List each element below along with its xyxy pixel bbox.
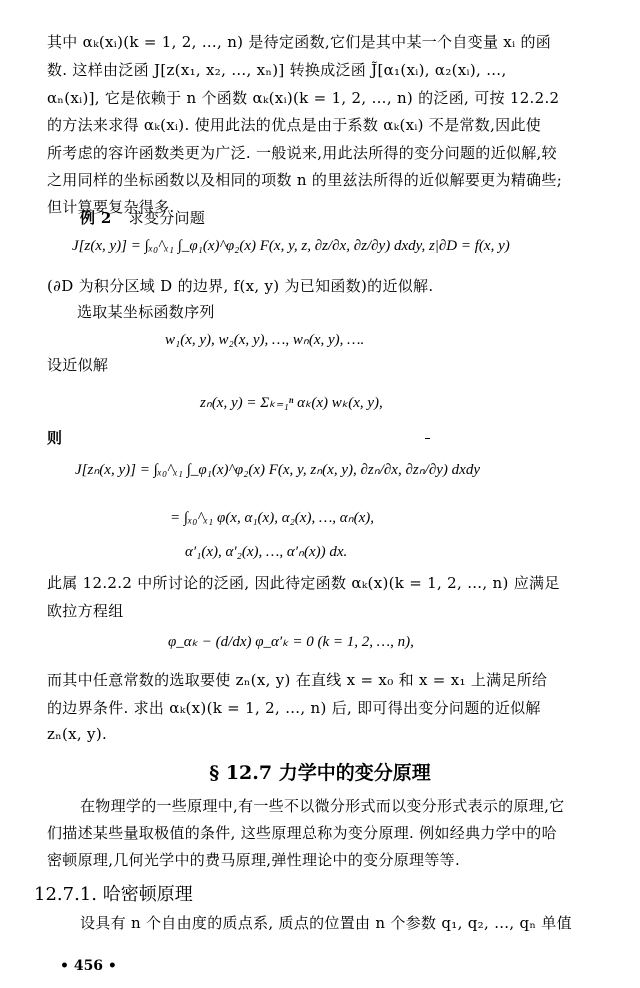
text-line: 之用同样的坐标函数以及相同的项数 n 的里兹法所得的近似解要更为精确些; <box>47 170 562 190</box>
scan-artifact <box>425 438 430 439</box>
then-label: 则 <box>47 428 62 448</box>
text-line: zₙ(x, y). <box>47 724 107 744</box>
functional-line-3: α′₁(x), α′₂(x), …, α′ₙ(x)) dx. <box>185 542 347 562</box>
functional-line-2: = ∫ₓ₀^ₓ₁ φ(x, α₁(x), α₂(x), …, αₙ(x), <box>170 508 374 528</box>
text-line: 们描述某些量取极值的条件, 这些原理总称为变分原理. 例如经典力学中的哈 <box>47 823 557 843</box>
coord-sequence: w₁(x, y), w₂(x, y), …, wₙ(x, y), …. <box>165 330 364 350</box>
example-title: 求变分问题 <box>129 209 206 227</box>
text-line: 所考虑的容许函数类更为广泛. 一般说来,用此法所得的变分问题的近似解,较 <box>47 143 557 163</box>
example-formula: J[z(x, y)] = ∫ₓ₀^ₓ₁ ∫_φ₁(x)^φ₂(x) F(x, y… <box>72 236 510 256</box>
example-note: (∂D 为积分区域 D 的边界, f(x, y) 为已知函数)的近似解. <box>47 276 433 296</box>
text-line: 数. 这样由泛函 J[z(x₁, x₂, …, xₙ)] 转换成泛函 J̃[α₁… <box>47 60 507 80</box>
subsection-title: 12.7.1. 哈密顿原理 <box>34 880 193 906</box>
approx-formula: zₙ(x, y) = Σₖ₌₁ⁿ αₖ(x) wₖ(x, y), <box>200 393 383 413</box>
example-heading: 例 2 求变分问题 <box>80 208 205 228</box>
coord-intro: 选取某坐标函数序列 <box>77 302 215 322</box>
text-line: 设具有 n 个自由度的质点系, 质点的位置由 n 个参数 q₁, q₂, …, … <box>80 913 572 933</box>
text-line: 欧拉方程组 <box>47 601 124 621</box>
section-title: § 12.7 力学中的变分原理 <box>0 758 640 785</box>
functional-line-1: J[zₙ(x, y)] = ∫ₓ₀^ₓ₁ ∫_φ₁(x)^φ₂(x) F(x, … <box>75 460 480 480</box>
text-line: 的方法来求得 αₖ(xᵢ). 使用此法的优点是由于系数 αₖ(xᵢ) 不是常数,… <box>47 115 541 135</box>
euler-equations: φ_αₖ − (d/dx) φ_α′ₖ = 0 (k = 1, 2, …, n)… <box>168 632 414 652</box>
text-line: 此属 12.2.2 中所讨论的泛函, 因此待定函数 αₖ(x)(k = 1, 2… <box>47 573 560 593</box>
text-line: 在物理学的一些原理中,有一些不以微分形式而以变分形式表示的原理,它 <box>80 796 564 816</box>
text-line: αₙ(xᵢ)], 它是依赖于 n 个函数 αₖ(xᵢ)(k = 1, 2, …,… <box>47 88 559 108</box>
example-label: 例 2 <box>80 209 112 227</box>
page-number: • 456 • <box>60 958 117 974</box>
text-line: 而其中任意常数的选取要使 zₙ(x, y) 在直线 x = x₀ 和 x = x… <box>47 670 547 690</box>
text-line: 其中 αₖ(xᵢ)(k = 1, 2, …, n) 是待定函数,它们是其中某一个… <box>47 32 551 52</box>
text-line: 的边界条件. 求出 αₖ(x)(k = 1, 2, …, n) 后, 即可得出变… <box>47 698 541 718</box>
text-line: 密顿原理,几何光学中的费马原理,弹性理论中的变分原理等等. <box>47 850 460 870</box>
approx-intro: 设近似解 <box>47 355 108 375</box>
